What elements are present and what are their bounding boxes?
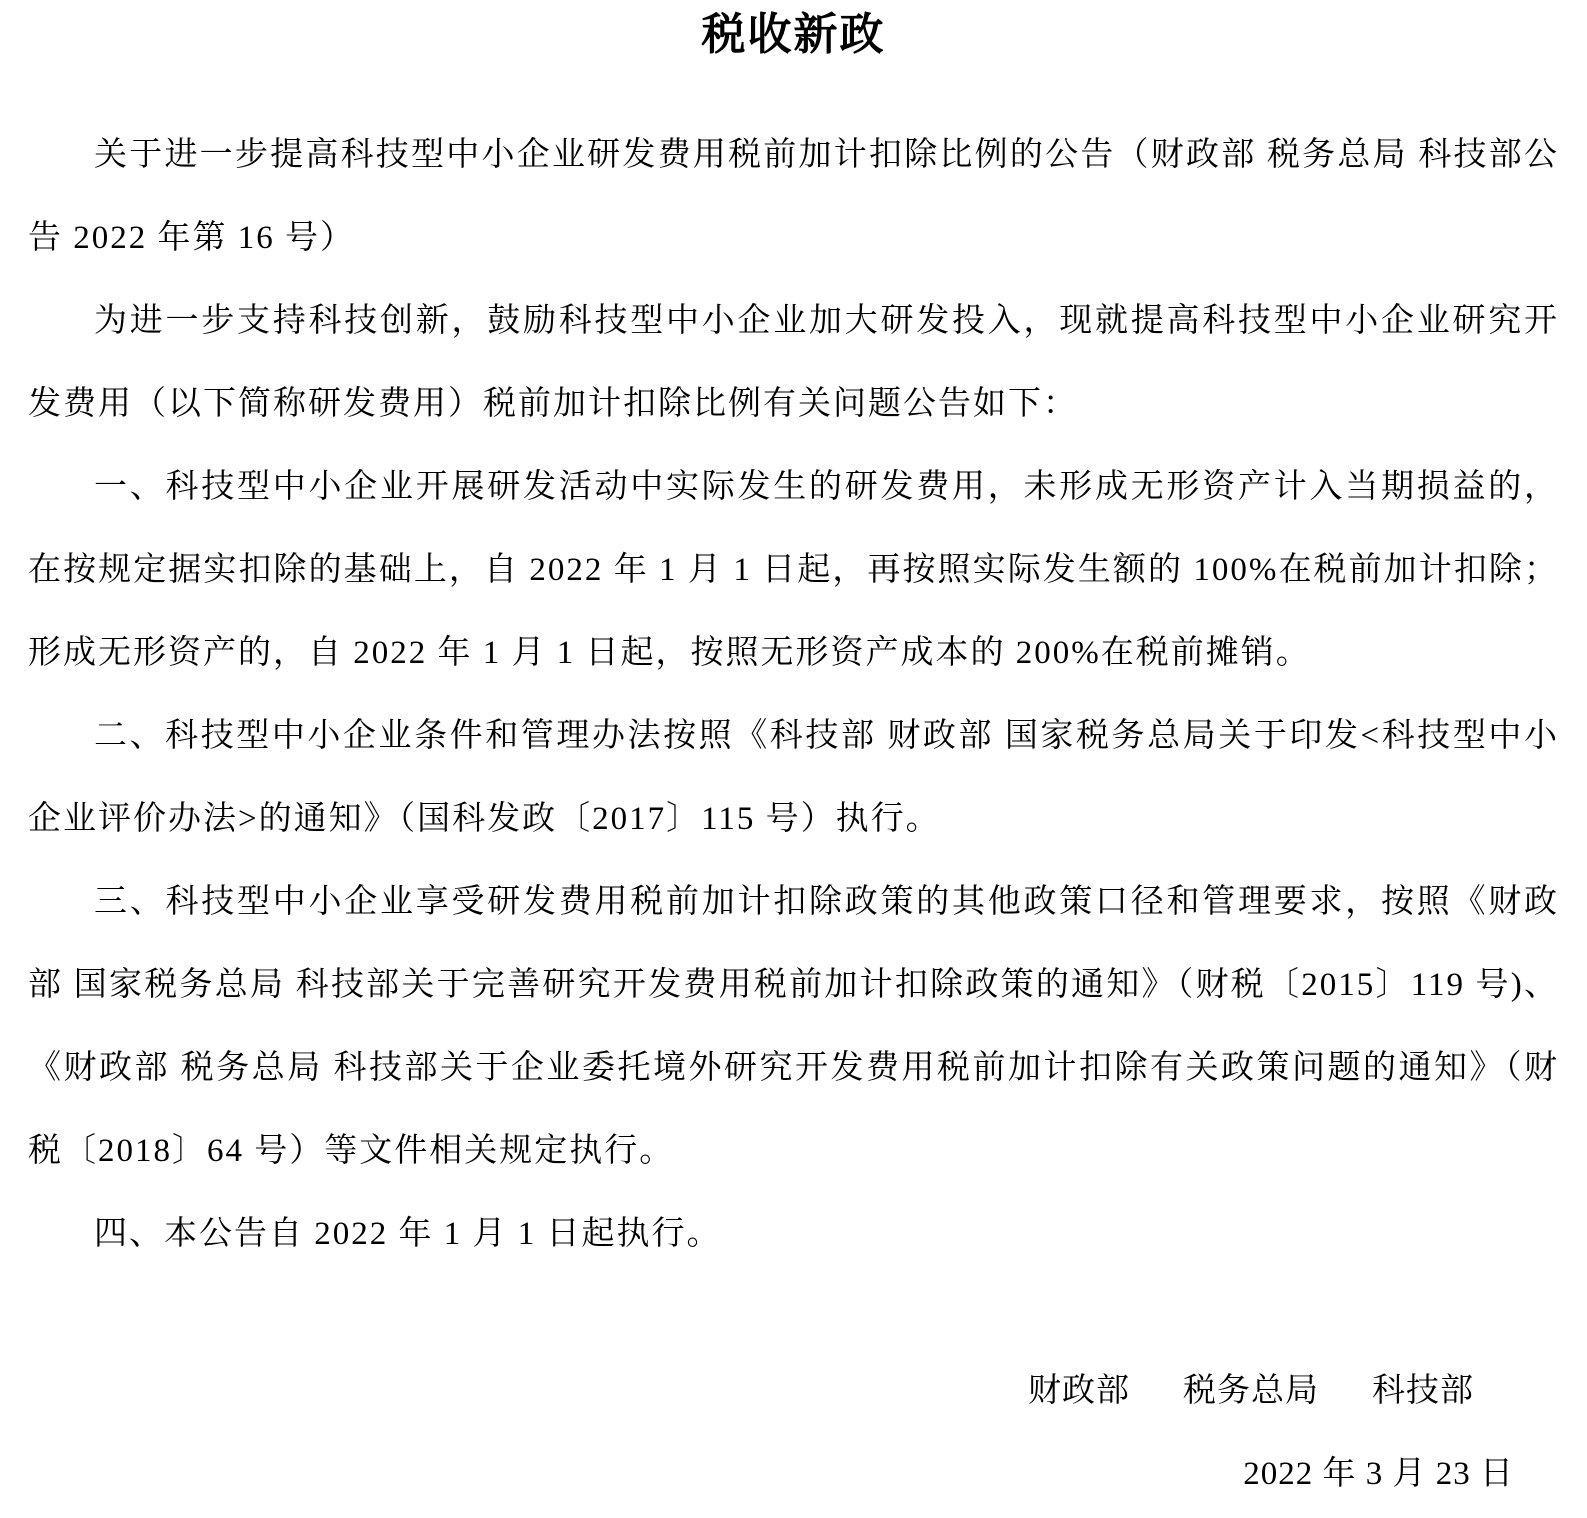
signature-date: 2022 年 3 月 23 日 xyxy=(28,1433,1559,1516)
intro-paragraph: 为进一步支持科技创新，鼓励科技型中小企业加大研发投入，现就提高科技型中小企业研究… xyxy=(28,280,1559,446)
announcement-heading-paragraph: 关于进一步提高科技型中小企业研发费用税前加计扣除比例的公告（财政部 税务总局 科… xyxy=(28,114,1559,280)
signature-block: 财政部 税务总局 科技部 xyxy=(28,1350,1559,1433)
document-page: 税收新政 关于进一步提高科技型中小企业研发费用税前加计扣除比例的公告（财政部 税… xyxy=(0,0,1587,1518)
signature-ministry-finance: 财政部 xyxy=(1028,1350,1130,1433)
clause-4-paragraph: 四、本公告自 2022 年 1 月 1 日起执行。 xyxy=(28,1193,1559,1276)
clause-1-paragraph: 一、科技型中小企业开展研发活动中实际发生的研发费用，未形成无形资产计入当期损益的… xyxy=(28,446,1559,695)
document-title: 税收新政 xyxy=(28,0,1559,70)
signature-ministry-taxation: 税务总局 xyxy=(1183,1350,1319,1433)
clause-2-paragraph: 二、科技型中小企业条件和管理办法按照《科技部 财政部 国家税务总局关于印发<科技… xyxy=(28,695,1559,861)
clause-3-paragraph: 三、科技型中小企业享受研发费用税前加计扣除政策的其他政策口径和管理要求，按照《财… xyxy=(28,861,1559,1193)
signature-ministry-science: 科技部 xyxy=(1372,1350,1474,1433)
